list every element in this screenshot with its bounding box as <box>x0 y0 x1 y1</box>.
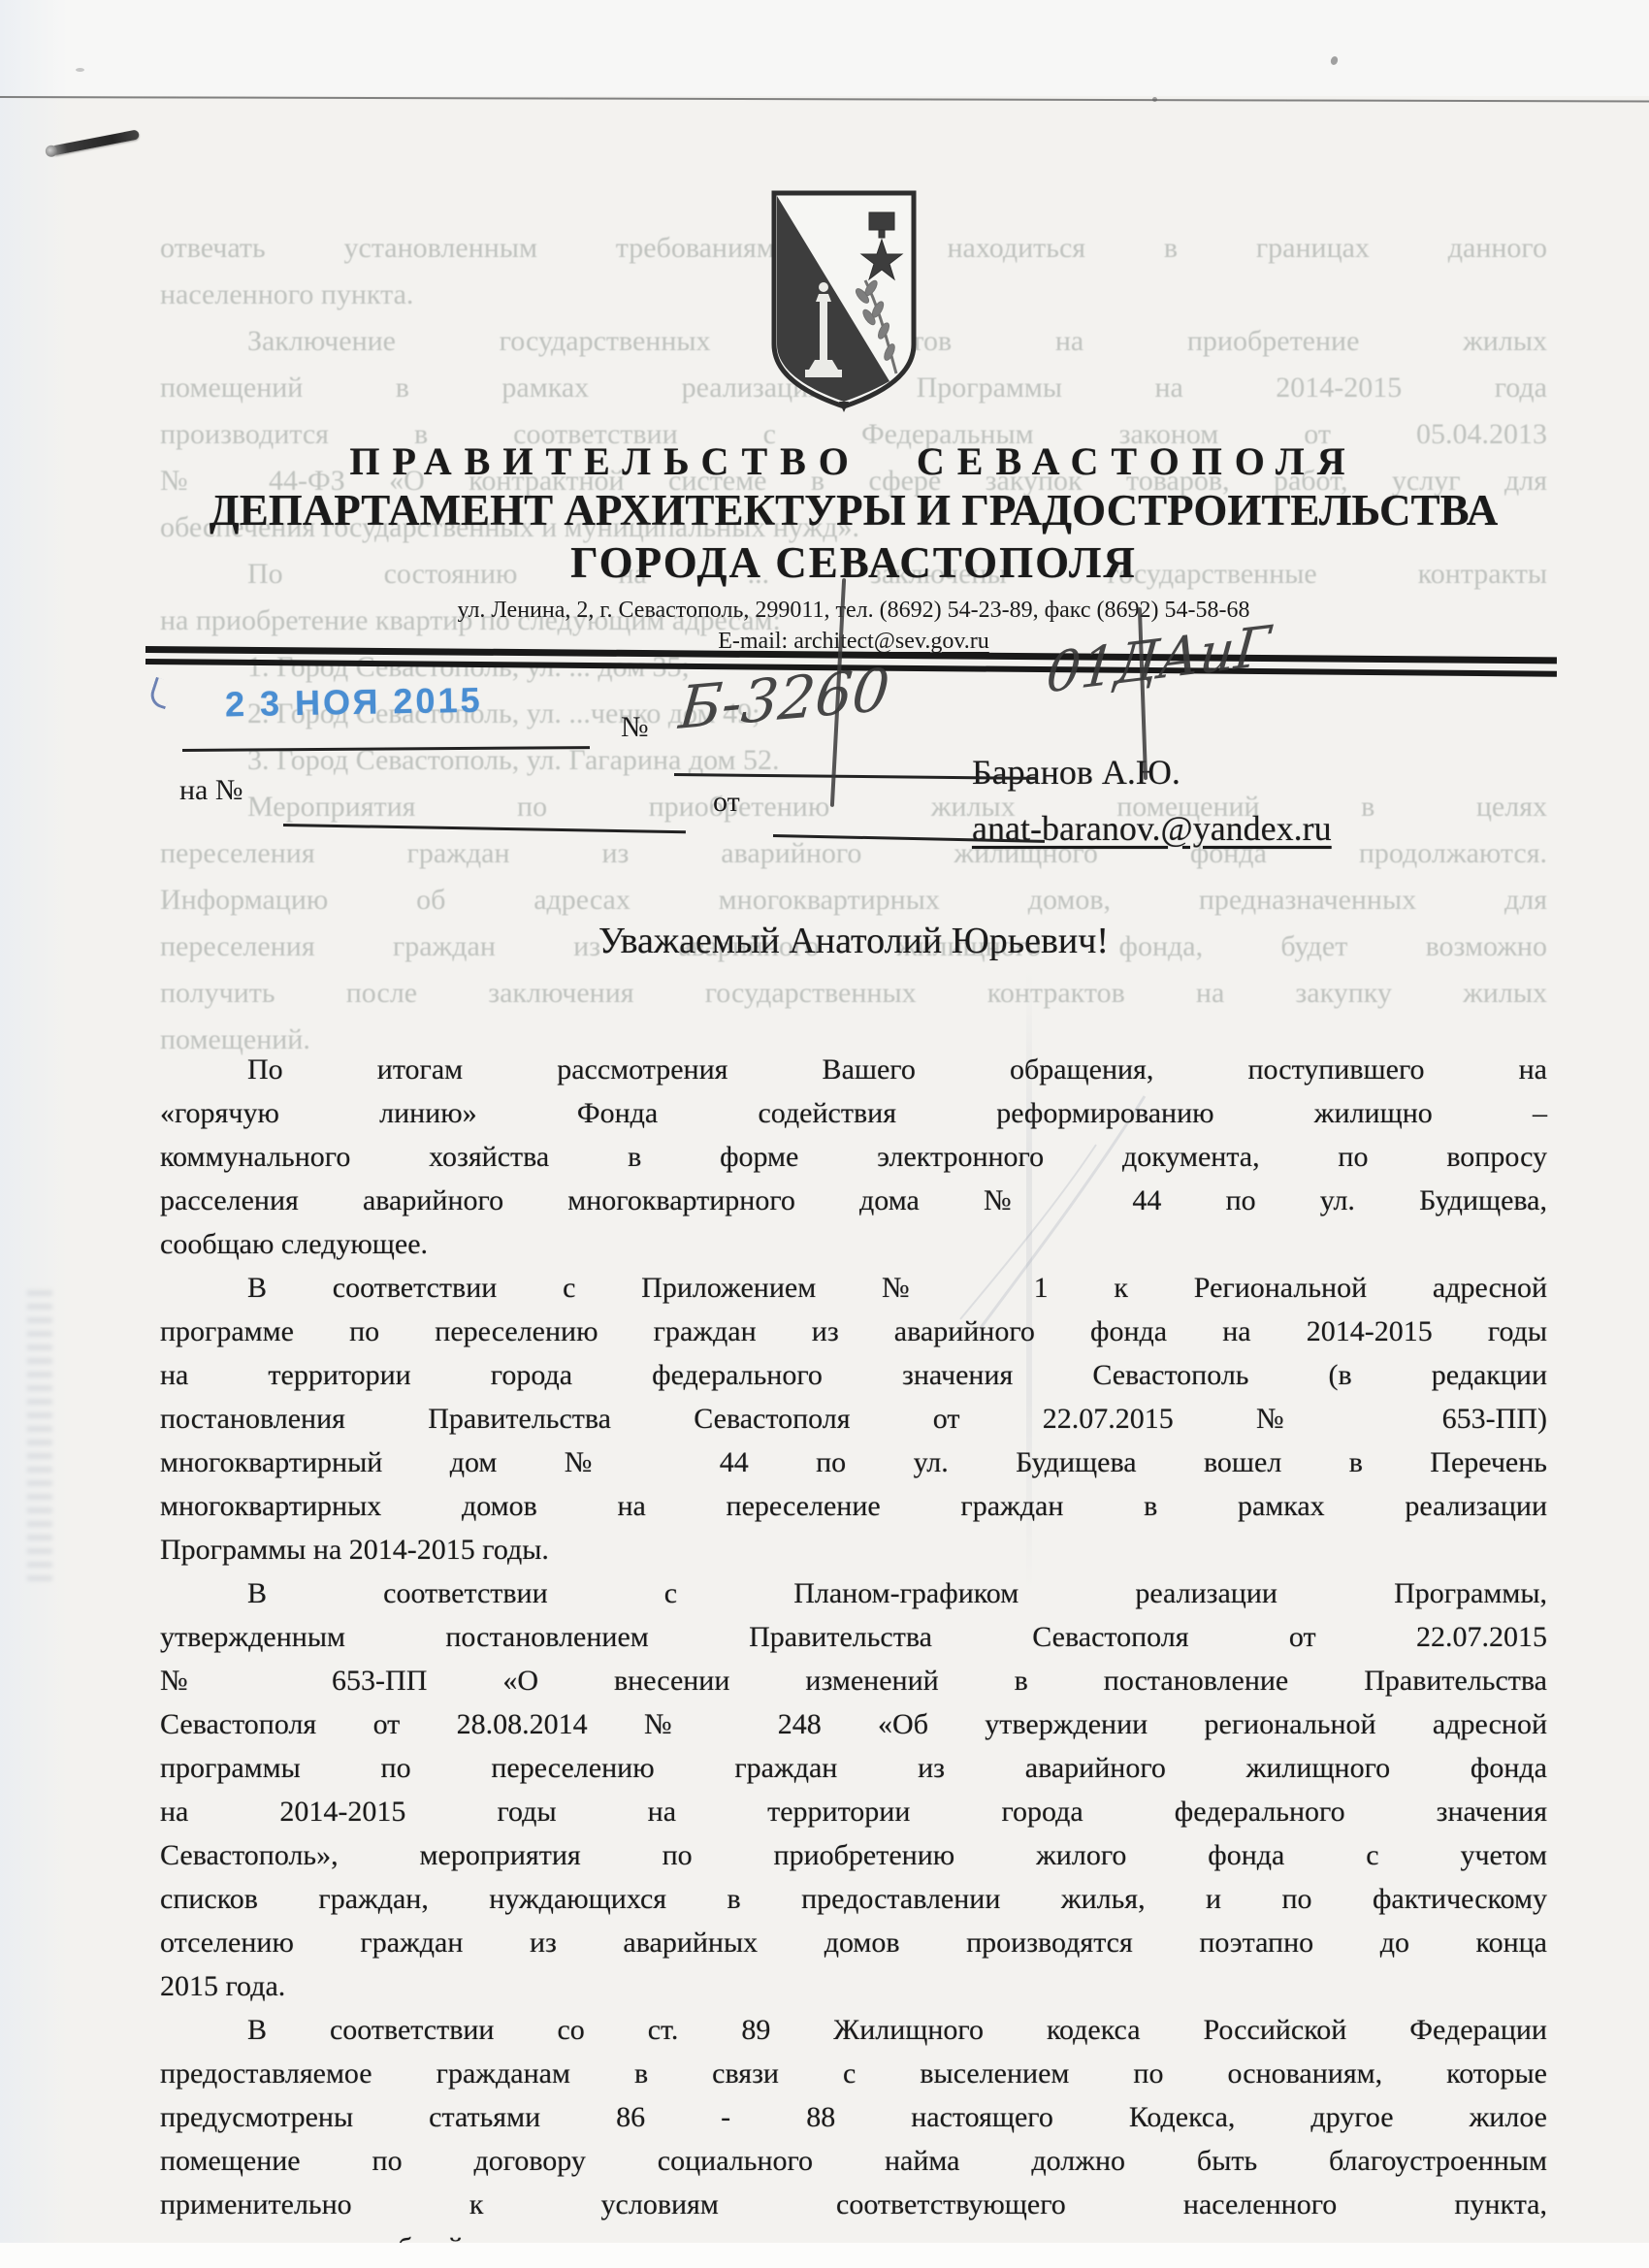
incoming-date-stamp: 2 3 НОЯ 2015 <box>225 680 483 726</box>
org-address-phone: ул. Ленина, 2, г. Севастополь, 299011, т… <box>160 598 1547 624</box>
text-line: В соответствии с Планом-графиком реализа… <box>160 1571 1547 1615</box>
text-line: применительно к условиям соответствующег… <box>160 2183 1547 2226</box>
text-line: коммунального хозяйства в форме электрон… <box>160 1135 1547 1179</box>
scan-edge-shading <box>0 0 68 2268</box>
text-line: многоквартирный дом № 44 по ул. Будищева… <box>160 1441 1547 1484</box>
reply-to-number-label: на № <box>179 774 243 807</box>
text-line: Мероприятия по приобретению жилых помеще… <box>160 784 1547 830</box>
text-line: программы по переселению граждан из авар… <box>160 1746 1547 1790</box>
text-line: 2015 года. <box>160 1964 1547 2008</box>
paper-edge-line <box>0 96 1649 102</box>
scan-speck <box>1152 97 1157 102</box>
text-line: В соответствии со ст. 89 Жилищного кодек… <box>160 2008 1547 2052</box>
text-line: утвержденным постановлением Правительств… <box>160 1615 1547 1659</box>
text-line: «горячую линию» Фонда содействия реформи… <box>160 1091 1547 1135</box>
org-name-department-line2: ГОРОДА СЕВАСТОПОЛЯ <box>160 537 1547 588</box>
text-line: многоквартирных домов на переселение гра… <box>160 1484 1547 1528</box>
org-name-department-line1: ДЕПАРТАМЕНТ АРХИТЕКТУРЫ И ГРАДОСТРОИТЕЛЬ… <box>160 485 1547 535</box>
text-line: программе по переселению граждан из авар… <box>160 1310 1547 1353</box>
text-line: списков граждан, нуждающихся в предостав… <box>160 1877 1547 1921</box>
sevastopol-coat-of-arms-icon <box>766 187 921 412</box>
org-email-address: architect@sev.gov.ru <box>793 629 989 654</box>
from-date-label: от <box>713 786 740 819</box>
letter-body: По итогам рассмотрения Вашего обращения,… <box>160 1048 1547 2268</box>
salutation: Уважаемый Анатолий Юрьевич! <box>160 920 1547 962</box>
text-line: на 2014-2015 годы на территории города ф… <box>160 1790 1547 1833</box>
text-line: предусмотрены статьями 86 - 88 настоящег… <box>160 2095 1547 2139</box>
scanned-letter-page: отвечать установленным требованиям и нах… <box>0 0 1649 2268</box>
scan-cutoff-strip <box>0 2243 1649 2268</box>
text-line: предоставляемое гражданам в связи с высе… <box>160 2052 1547 2095</box>
text-line: получить после заключения государственны… <box>160 970 1547 1017</box>
text-line: Севастополя от 28.08.2014 № 248 «Об утве… <box>160 1702 1547 1746</box>
text-line: постановления Правительства Севастополя … <box>160 1397 1547 1441</box>
text-line: По итогам рассмотрения Вашего обращения,… <box>160 1048 1547 1091</box>
org-name-government: ПРАВИТЕЛЬСТВО СЕВАСТОПОЛЯ <box>160 438 1547 484</box>
text-line: на территории города федерального значен… <box>160 1353 1547 1397</box>
text-line: № 653-ПП «О внесении изменений в постано… <box>160 1659 1547 1702</box>
scanner-background-strip <box>0 0 1649 96</box>
text-line: Программы на 2014-2015 годы. <box>160 1528 1547 1571</box>
text-line: отселению граждан из аварийных домов про… <box>160 1921 1547 1964</box>
text-line: Информацию об адресах многоквартирных до… <box>160 877 1547 923</box>
text-line: расселения аварийного многоквартирного д… <box>160 1179 1547 1222</box>
recipient-email: anat-baranov.@yandex.ru <box>972 808 1332 849</box>
number-label: № <box>621 711 649 744</box>
text-line: В соответствии с Приложением № 1 к Регио… <box>160 1266 1547 1310</box>
margin-smudge <box>27 1290 52 1581</box>
recipient-name: Баранов А.Ю. <box>972 752 1180 793</box>
text-line: сообщаю следующее. <box>160 1222 1547 1266</box>
text-line: Севастополь», мероприятия по приобретени… <box>160 1833 1547 1877</box>
scan-speck <box>76 68 84 72</box>
text-line: помещение по договору социального найма … <box>160 2139 1547 2183</box>
